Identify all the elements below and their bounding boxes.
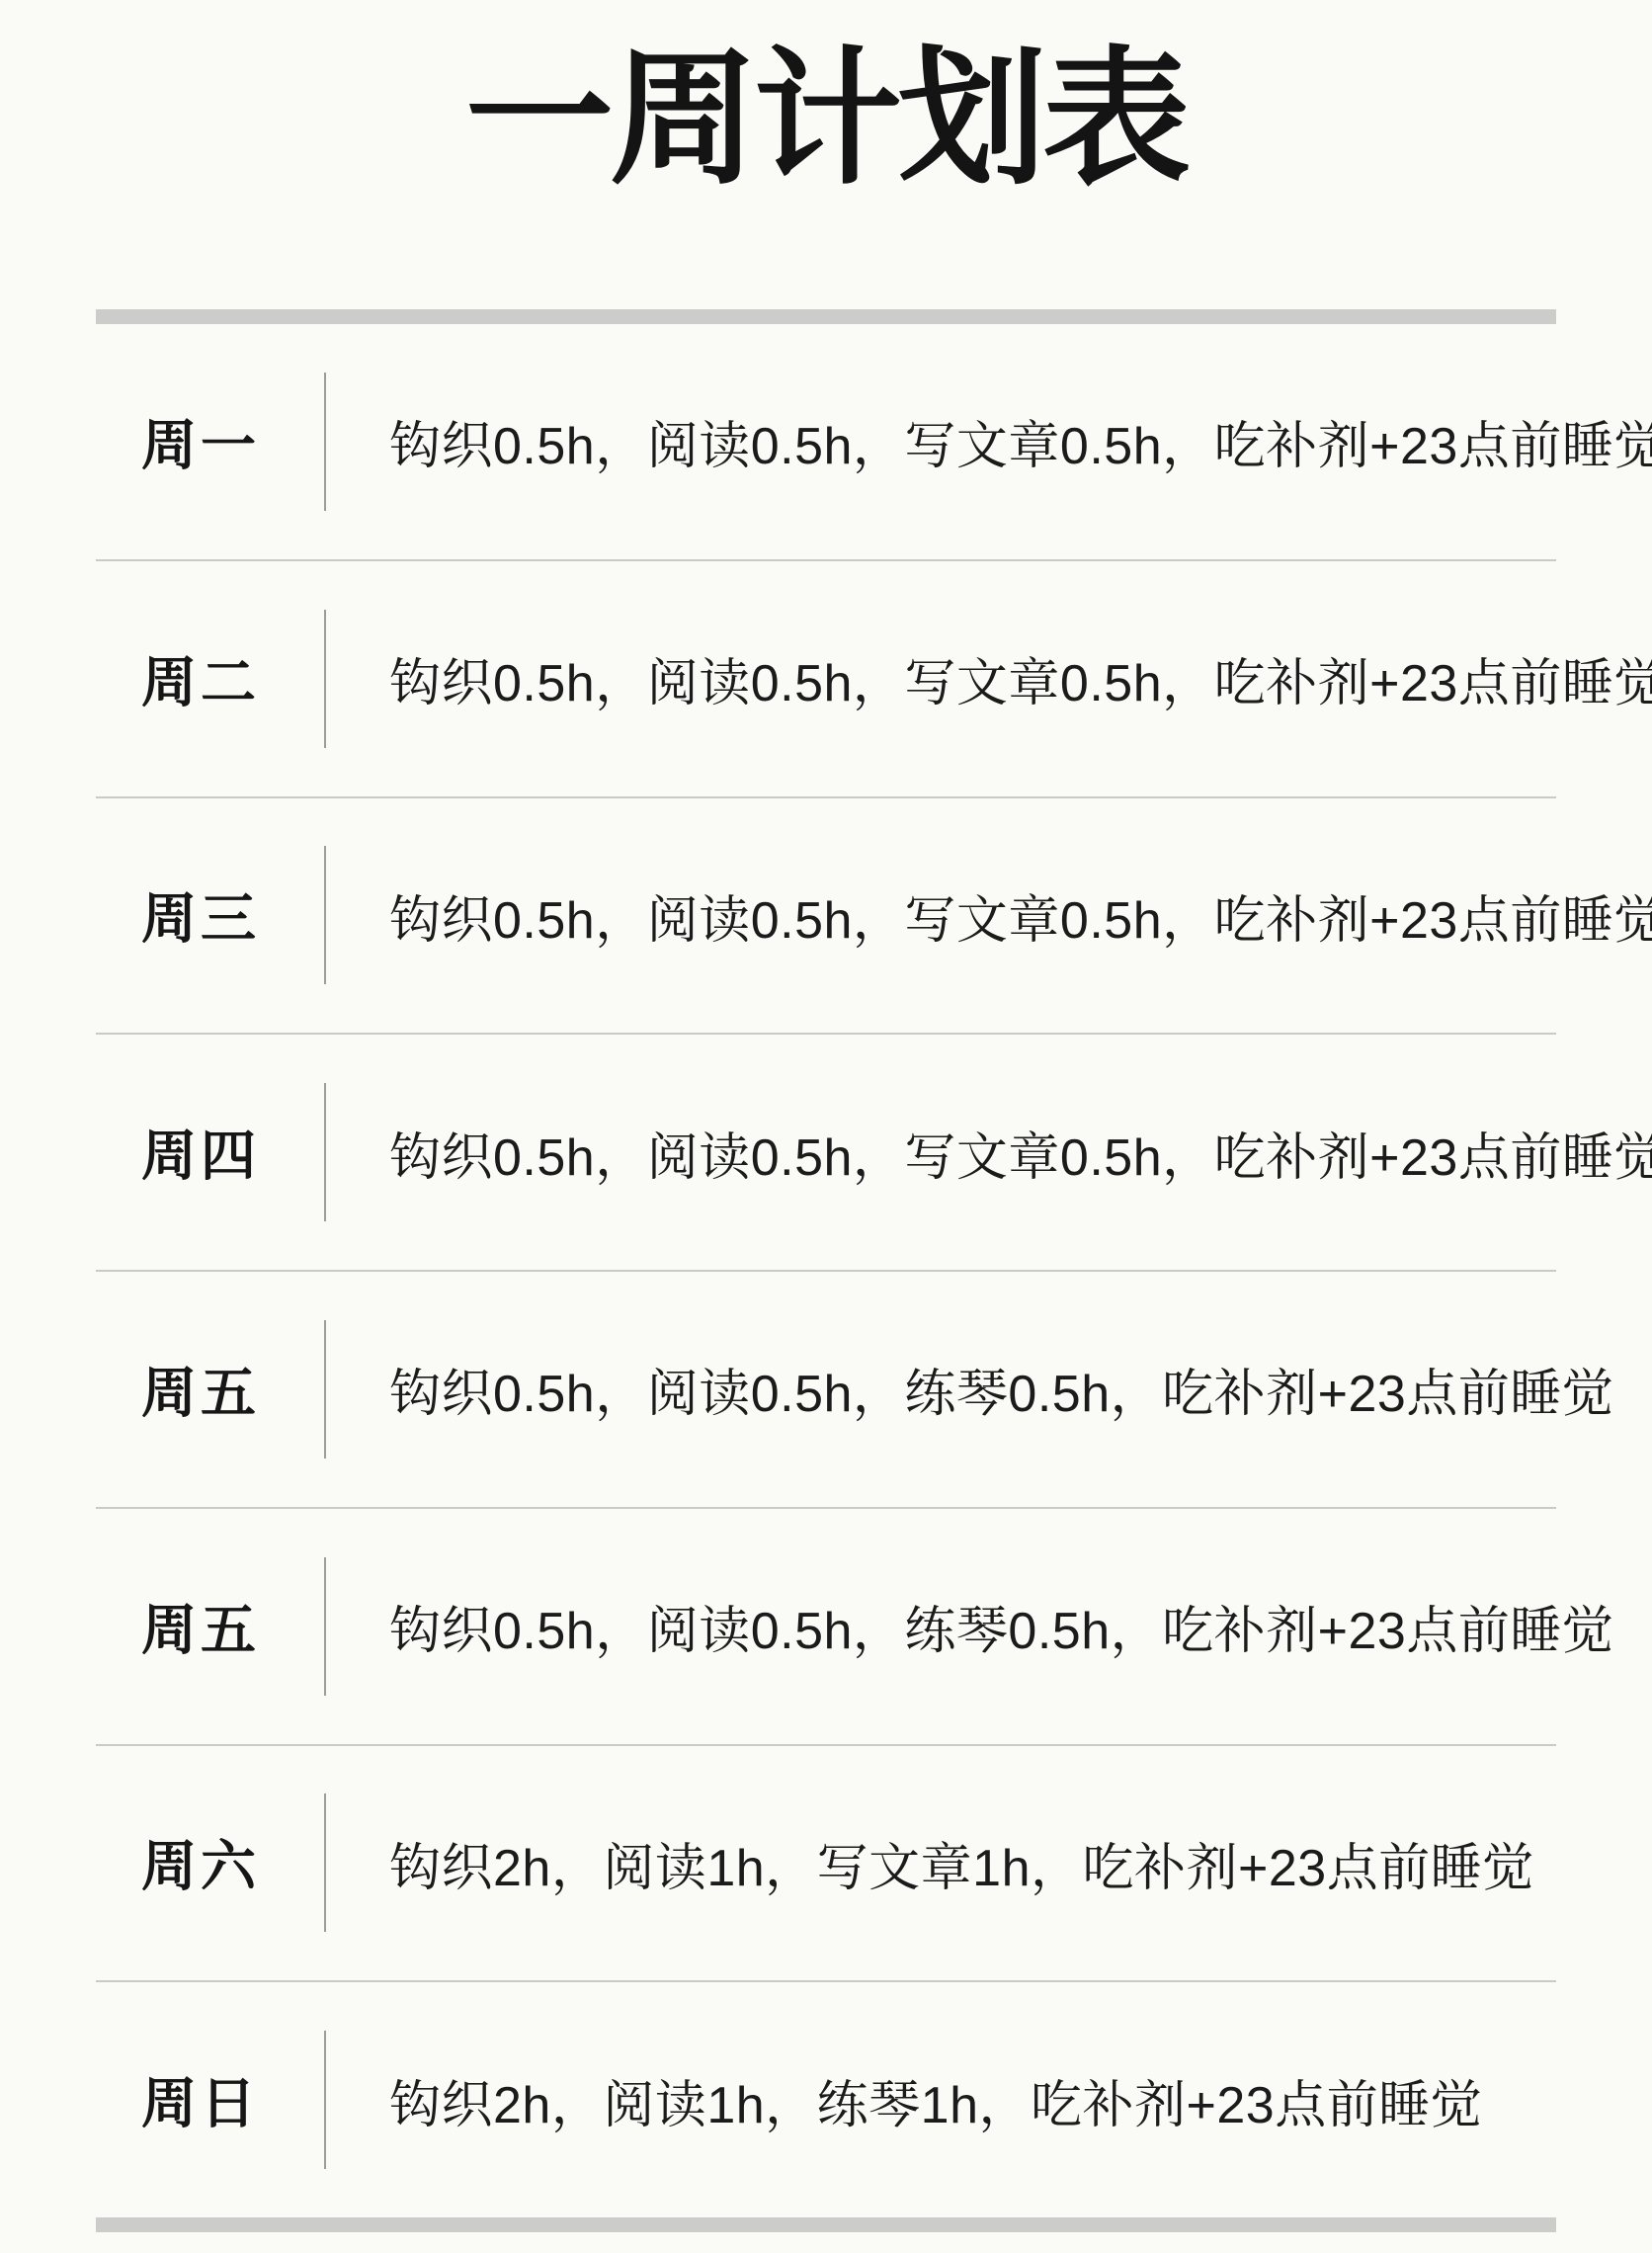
day-label: 周六 — [96, 1823, 324, 1902]
row-vertical-divider — [324, 1557, 326, 1696]
table-row: 周五 钩织0.5h，阅读0.5h，练琴0.5h，吃补剂+23点前睡觉 — [96, 1509, 1556, 1746]
weekly-plan-page: 一周计划表 周一 钩织0.5h，阅读0.5h，写文章0.5h，吃补剂+23点前睡… — [0, 0, 1652, 2253]
row-vertical-divider — [324, 1320, 326, 1459]
day-label: 周二 — [96, 639, 324, 718]
row-vertical-divider — [324, 846, 326, 984]
table-row: 周一 钩织0.5h，阅读0.5h，写文章0.5h，吃补剂+23点前睡觉 — [96, 324, 1556, 561]
task-text: 钩织0.5h，阅读0.5h，写文章0.5h，吃补剂+23点前睡觉 — [389, 878, 1652, 953]
day-label: 周一 — [96, 402, 324, 481]
table-row: 周四 钩织0.5h，阅读0.5h，写文章0.5h，吃补剂+23点前睡觉 — [96, 1035, 1556, 1272]
task-text: 钩织2h，阅读1h，练琴1h，吃补剂+23点前睡觉 — [389, 2063, 1482, 2137]
row-vertical-divider — [324, 1794, 326, 1932]
table-row: 周日 钩织2h，阅读1h，练琴1h，吃补剂+23点前睡觉 — [96, 1982, 1556, 2217]
task-text: 钩织0.5h，阅读0.5h，写文章0.5h，吃补剂+23点前睡觉 — [389, 1116, 1652, 1190]
row-vertical-divider — [324, 373, 326, 511]
task-text: 钩织0.5h，阅读0.5h，写文章0.5h，吃补剂+23点前睡觉 — [389, 641, 1652, 715]
table-row: 周二 钩织0.5h，阅读0.5h，写文章0.5h，吃补剂+23点前睡觉 — [96, 561, 1556, 798]
table-row: 周六 钩织2h，阅读1h，写文章1h，吃补剂+23点前睡觉 — [96, 1746, 1556, 1983]
day-label: 周四 — [96, 1113, 324, 1192]
day-label: 周日 — [96, 2060, 324, 2139]
task-text: 钩织0.5h，阅读0.5h，练琴0.5h，吃补剂+23点前睡觉 — [389, 1352, 1613, 1426]
bottom-divider — [96, 2217, 1556, 2232]
table-row: 周三 钩织0.5h，阅读0.5h，写文章0.5h，吃补剂+23点前睡觉 — [96, 798, 1556, 1036]
task-text: 钩织0.5h，阅读0.5h，练琴0.5h，吃补剂+23点前睡觉 — [389, 1589, 1613, 1663]
day-label: 周五 — [96, 1587, 324, 1666]
task-text: 钩织0.5h，阅读0.5h，写文章0.5h，吃补剂+23点前睡觉 — [389, 404, 1652, 478]
schedule-table: 周一 钩织0.5h，阅读0.5h，写文章0.5h，吃补剂+23点前睡觉 周二 钩… — [96, 324, 1556, 2217]
day-label: 周五 — [96, 1350, 324, 1429]
day-label: 周三 — [96, 876, 324, 955]
task-text: 钩织2h，阅读1h，写文章1h，吃补剂+23点前睡觉 — [389, 1826, 1534, 1900]
row-vertical-divider — [324, 1083, 326, 1221]
table-row: 周五 钩织0.5h，阅读0.5h，练琴0.5h，吃补剂+23点前睡觉 — [96, 1272, 1556, 1509]
row-vertical-divider — [324, 610, 326, 748]
row-vertical-divider — [324, 2031, 326, 2169]
page-title: 一周计划表 — [0, 42, 1652, 198]
top-divider — [96, 309, 1556, 324]
